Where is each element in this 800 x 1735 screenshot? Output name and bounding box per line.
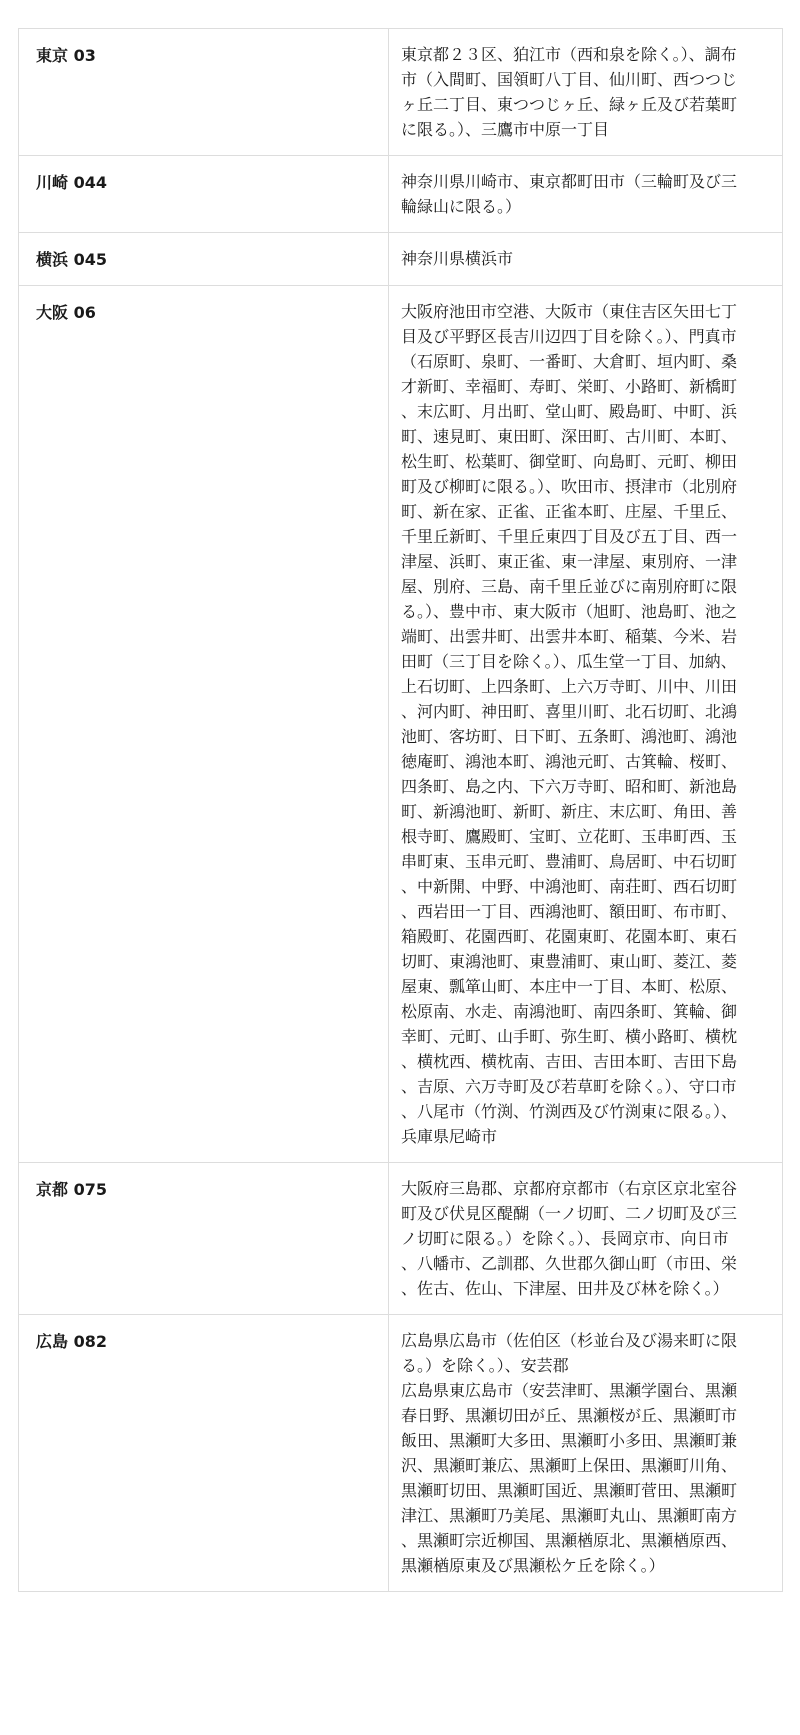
area-code-cell: 川崎 044: [19, 156, 389, 233]
table-row-hiroshima: 広島 082 広島県広島市（佐伯区（杉並台及び湯来町に限る。）を除く。）、安芸郡…: [19, 1315, 783, 1592]
table-row-kyoto: 京都 075 大阪府三島郡、京都府京都市（右京区京北室谷町及び伏見区醍醐（一ノ切…: [19, 1163, 783, 1315]
region-description-cell: 東京都２３区、狛江市（西和泉を除く。）、調布市（入間町、国領町八丁目、仙川町、西…: [389, 29, 783, 156]
table-row-yokohama: 横浜 045 神奈川県横浜市: [19, 233, 783, 286]
region-paragraph: 神奈川県川崎市、東京都町田市（三輪町及び三輪緑山に限る。）: [401, 169, 739, 219]
table-row-tokyo: 東京 03 東京都２３区、狛江市（西和泉を除く。）、調布市（入間町、国領町八丁目…: [19, 29, 783, 156]
region-description-cell: 神奈川県横浜市: [389, 233, 783, 286]
area-code-page: 東京 03 東京都２３区、狛江市（西和泉を除く。）、調布市（入間町、国領町八丁目…: [0, 0, 800, 1735]
region-description-cell: 広島県広島市（佐伯区（杉並台及び湯来町に限る。）を除く。）、安芸郡 広島県東広島…: [389, 1315, 783, 1592]
table-row-osaka: 大阪 06 大阪府池田市空港、大阪市（東住吉区矢田七丁目及び平野区長吉川辺四丁目…: [19, 286, 783, 1163]
region-paragraph: 広島県広島市（佐伯区（杉並台及び湯来町に限る。）を除く。）、安芸郡: [401, 1328, 739, 1378]
table-row-kawasaki: 川崎 044 神奈川県川崎市、東京都町田市（三輪町及び三輪緑山に限る。）: [19, 156, 783, 233]
region-description-cell: 大阪府池田市空港、大阪市（東住吉区矢田七丁目及び平野区長吉川辺四丁目を除く。）、…: [389, 286, 783, 1163]
area-code-cell: 大阪 06: [19, 286, 389, 1163]
region-paragraph: 広島県東広島市（安芸津町、黒瀬学園台、黒瀬春日野、黒瀬切田が丘、黒瀬桜が丘、黒瀬…: [401, 1378, 739, 1578]
area-code-cell: 広島 082: [19, 1315, 389, 1592]
area-code-cell: 京都 075: [19, 1163, 389, 1315]
region-paragraph: 大阪府池田市空港、大阪市（東住吉区矢田七丁目及び平野区長吉川辺四丁目を除く。）、…: [401, 299, 739, 1149]
area-code-cell: 横浜 045: [19, 233, 389, 286]
region-description-cell: 神奈川県川崎市、東京都町田市（三輪町及び三輪緑山に限る。）: [389, 156, 783, 233]
region-paragraph: 大阪府三島郡、京都府京都市（右京区京北室谷町及び伏見区醍醐（一ノ切町、二ノ切町及…: [401, 1176, 739, 1301]
area-code-cell: 東京 03: [19, 29, 389, 156]
region-paragraph: 神奈川県横浜市: [401, 246, 739, 271]
region-description-cell: 大阪府三島郡、京都府京都市（右京区京北室谷町及び伏見区醍醐（一ノ切町、二ノ切町及…: [389, 1163, 783, 1315]
area-code-table: 東京 03 東京都２３区、狛江市（西和泉を除く。）、調布市（入間町、国領町八丁目…: [18, 28, 783, 1592]
region-paragraph: 東京都２３区、狛江市（西和泉を除く。）、調布市（入間町、国領町八丁目、仙川町、西…: [401, 42, 739, 142]
